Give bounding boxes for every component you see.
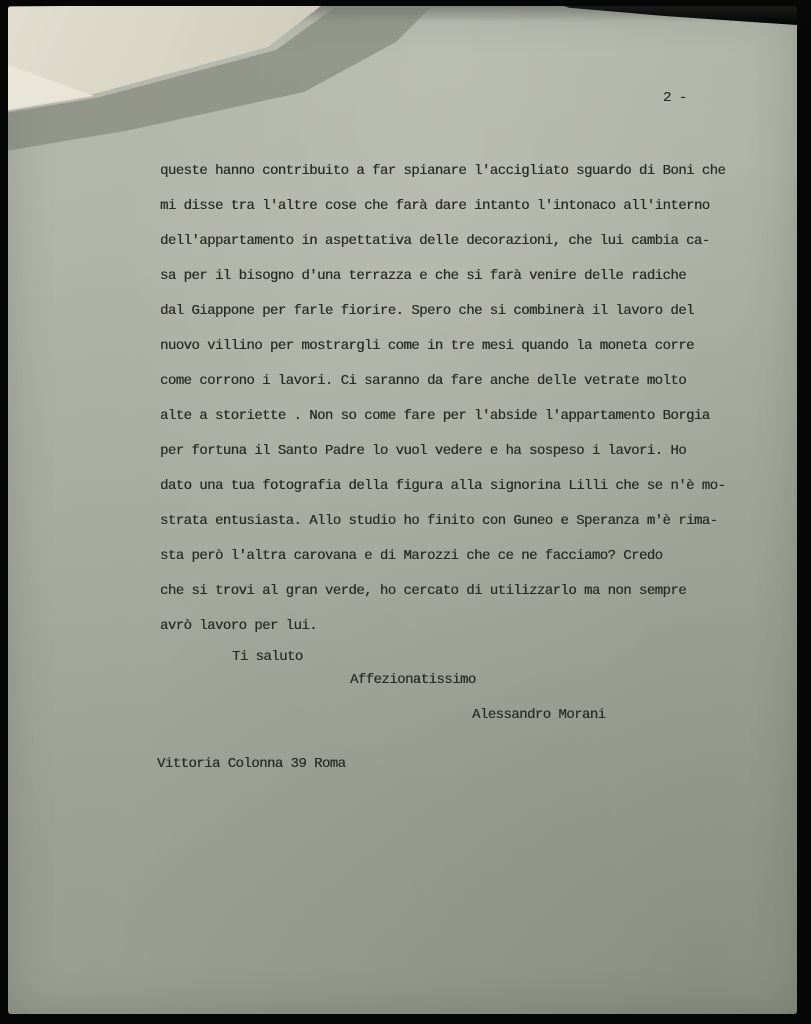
signature-name: Alessandro Morani xyxy=(472,708,605,722)
closing-valediction: Affezionatissimo xyxy=(350,673,476,687)
letter-line: per fortuna il Santo Padre lo vuol veder… xyxy=(160,444,686,458)
page-number: 2 - xyxy=(663,91,687,105)
letter-line: che si trovi al gran verde, ho cercato d… xyxy=(160,584,686,598)
letter-line: strata entusiasta. Allo studio ho finito… xyxy=(160,514,717,528)
letter-line: come corrono i lavori. Ci saranno da far… xyxy=(160,374,686,388)
letter-line: alte a storiette . Non so come fare per … xyxy=(160,409,710,423)
letter-line: mi disse tra l'altre cose che farà dare … xyxy=(160,199,710,213)
letter-line: dal Giappone per farle fiorire. Spero ch… xyxy=(160,304,694,318)
letter-line: dato una tua fotografia della figura all… xyxy=(160,479,725,493)
letter-line: queste hanno contribuito a far spianare … xyxy=(160,164,725,178)
letter-line: avrò lavoro per lui. xyxy=(160,619,317,633)
letter-line: dell'appartamento in aspettativa delle d… xyxy=(160,234,710,248)
sender-address: Vittoria Colonna 39 Roma xyxy=(157,757,345,771)
letter-line: sa per il bisogno d'una terrazza e che s… xyxy=(160,269,686,283)
letter-line: sta però l'altra carovana e di Marozzi c… xyxy=(160,549,663,563)
scanned-letter: 2 - queste hanno contribuito a far spian… xyxy=(0,0,811,1024)
letter-page: 2 - queste hanno contribuito a far spian… xyxy=(8,6,797,1014)
closing-salutation: Ti saluto xyxy=(232,650,303,664)
letter-line: nuovo villino per mostrargli come in tre… xyxy=(160,339,694,353)
